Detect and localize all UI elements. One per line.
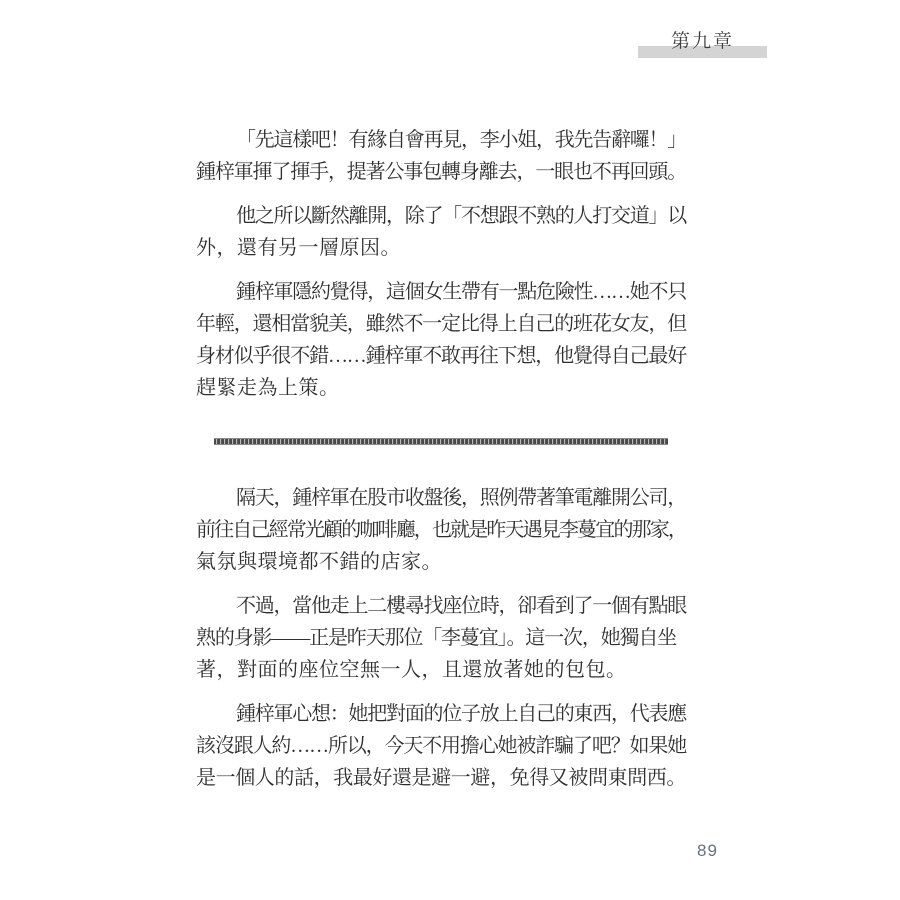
- text-line: 氣氛與環境都不錯的店家。: [196, 546, 686, 578]
- section-divider: [214, 438, 668, 445]
- text-line: 年輕，還相當貌美，雖然不一定比得上自己的班花女友，但: [196, 308, 686, 340]
- paragraph: 他之所以斷然離開，除了「不想跟不熟的人打交道」以 外，還有另一層原因。: [196, 200, 686, 264]
- text-line: 鍾梓軍心想：她把對面的位子放上自己的東西，代表應: [236, 698, 686, 730]
- paragraph: 鍾梓軍隱約覺得，這個女生帶有一點危險性……她不只 年輕，還相當貌美，雖然不一定比…: [196, 276, 686, 404]
- text-line: 是一個人的話，我最好還是避一避，免得又被問東問西。: [196, 762, 686, 794]
- paragraph: 不過，當他走上二樓尋找座位時，卻看到了一個有點眼 熟的身影——正是昨天那位「李蔓…: [196, 590, 686, 686]
- text-line: 鍾梓軍隱約覺得，這個女生帶有一點危險性……她不只: [236, 276, 686, 308]
- chapter-title: 第九章: [638, 31, 767, 53]
- text-line: 該沒跟人約……所以，今天不用擔心她被詐騙了吧？如果她: [196, 730, 686, 762]
- text-line: 隔天，鍾梓軍在股市收盤後，照例帶著筆電離開公司，: [236, 482, 686, 514]
- chapter-running-head: 第九章: [638, 31, 767, 59]
- text-line: 「先這樣吧！有緣自會再見，李小姐，我先告辭囉！」: [236, 124, 686, 156]
- text-line: 外，還有另一層原因。: [196, 232, 686, 264]
- text-line: 他之所以斷然離開，除了「不想跟不熟的人打交道」以: [236, 200, 686, 232]
- paragraph: 隔天，鍾梓軍在股市收盤後，照例帶著筆電離開公司， 前往自己經常光顧的咖啡廳，也就…: [196, 482, 686, 578]
- body-text-column: 「先這樣吧！有緣自會再見，李小姐，我先告辭囉！」 鍾梓軍揮了揮手，提著公事包轉身…: [196, 124, 686, 806]
- text-line: 身材似乎很不錯……鍾梓軍不敢再往下想，他覺得自己最好: [196, 340, 686, 372]
- text-line: 鍾梓軍揮了揮手，提著公事包轉身離去，一眼也不再回頭。: [196, 156, 686, 188]
- paragraph: 「先這樣吧！有緣自會再見，李小姐，我先告辭囉！」 鍾梓軍揮了揮手，提著公事包轉身…: [196, 124, 686, 188]
- paragraph: 鍾梓軍心想：她把對面的位子放上自己的東西，代表應 該沒跟人約……所以，今天不用擔…: [196, 698, 686, 794]
- text-line: 熟的身影——正是昨天那位「李蔓宜」。這一次，她獨自坐: [196, 622, 686, 654]
- text-line: 趕緊走為上策。: [196, 372, 686, 404]
- page-number: 89: [697, 841, 718, 861]
- text-line: 前往自己經常光顧的咖啡廳，也就是昨天遇見李蔓宜的那家，: [196, 514, 686, 546]
- book-page: 第九章 「先這樣吧！有緣自會再見，李小姐，我先告辭囉！」 鍾梓軍揮了揮手，提著公…: [0, 0, 900, 900]
- text-line: 不過，當他走上二樓尋找座位時，卻看到了一個有點眼: [236, 590, 686, 622]
- text-line: 著，對面的座位空無一人，且還放著她的包包。: [196, 654, 686, 686]
